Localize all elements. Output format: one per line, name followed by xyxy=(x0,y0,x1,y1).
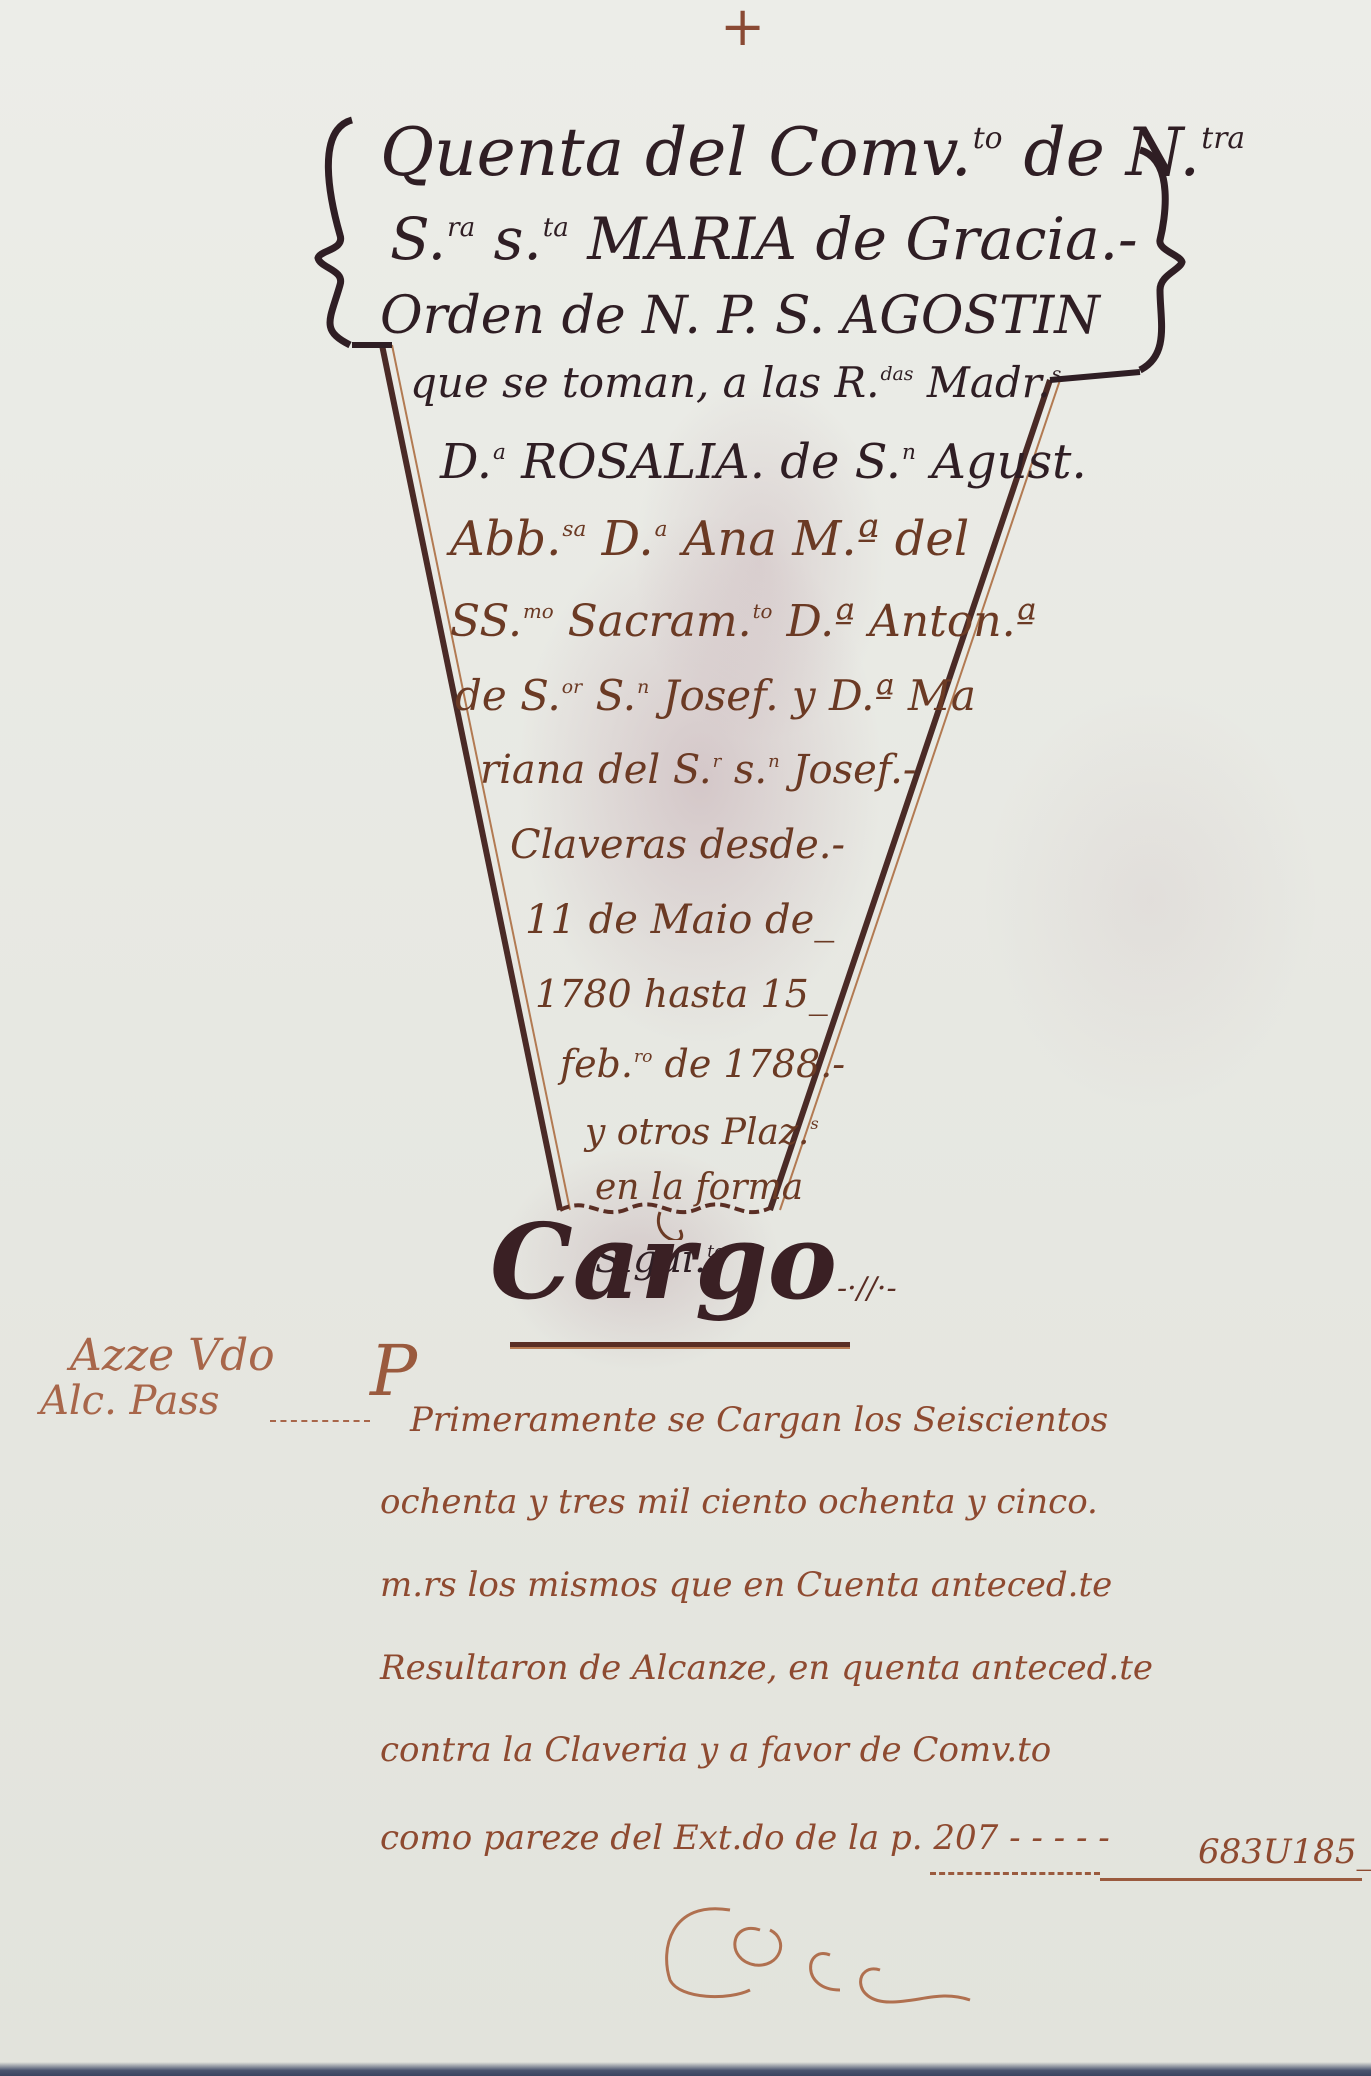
title-line-5: D.a ROSALIA. de S.n Agust. xyxy=(440,438,1087,486)
amount-underline xyxy=(1100,1878,1362,1881)
title-line-11: 11 de Maio de_ xyxy=(525,900,834,940)
entry-line-6: como pareze del Ext.do de la p. 207 - - … xyxy=(380,1818,1110,1858)
header-cross-mark: + xyxy=(720,0,765,54)
title-line-8: de S.or S.n Josef. y D.ª Ma xyxy=(455,675,976,717)
cargo-tail-flourish: -·//·- xyxy=(837,1271,897,1306)
amount-leader-dots xyxy=(930,1872,1100,1875)
margin-note-line-1: Azze Vdo xyxy=(70,1330,275,1381)
cargo-text: Cargo xyxy=(490,1200,837,1323)
entry-line-3: m.rs los mismos que en Cuenta anteced.te xyxy=(380,1565,1112,1605)
margin-note-line-2: Alc. Pass xyxy=(40,1378,220,1424)
cargo-underline xyxy=(510,1342,850,1349)
margin-annotation: Azze Vdo Alc. Pass xyxy=(30,1330,370,1450)
title-line-3: Orden de N. P. S. AGOSTIN xyxy=(380,290,1100,342)
title-line-13: feb.ro de 1788.- xyxy=(560,1045,845,1083)
entry-amount: 683U185_ xyxy=(1198,1832,1371,1872)
section-heading-cargo: Cargo-·//·- xyxy=(490,1210,897,1314)
title-line-9: riana del S.r s.n Josef.- xyxy=(480,750,916,790)
title-line-1: Quenta del Comv.to de N.tra xyxy=(380,120,1245,186)
entry-line-5: contra la Claveria y a favor de Comv.to xyxy=(380,1730,1051,1770)
title-line-7: SS.mo Sacram.to D.ª Anton.ª xyxy=(450,600,1037,644)
closing-flourish xyxy=(640,1890,980,2020)
title-line-14: y otros Plaz.s xyxy=(585,1115,819,1151)
title-line-2: S.ra s.ta MARIA de Gracia.- xyxy=(390,210,1138,268)
title-line-10: Claveras desde.- xyxy=(510,825,845,865)
manuscript-page: + Quenta del Comv.to de N.tra S.ra s.ta … xyxy=(0,0,1371,2076)
title-line-6: Abb.sa D.a Ana M.ª del xyxy=(450,515,969,563)
margin-note-leader xyxy=(270,1420,370,1422)
entry-line-4: Resultaron de Alcanze, en quenta anteced… xyxy=(380,1648,1153,1688)
title-line-4: que se toman, a las R.das Madr.s xyxy=(410,362,1061,404)
entry-line-1: Primeramente se Cargan los Seiscientos xyxy=(410,1400,1108,1440)
title-line-12: 1780 hasta 15_ xyxy=(535,975,828,1013)
entry-line-2: ochenta y tres mil ciento ochenta y cinc… xyxy=(380,1482,1098,1522)
scan-bottom-edge xyxy=(0,2062,1371,2076)
